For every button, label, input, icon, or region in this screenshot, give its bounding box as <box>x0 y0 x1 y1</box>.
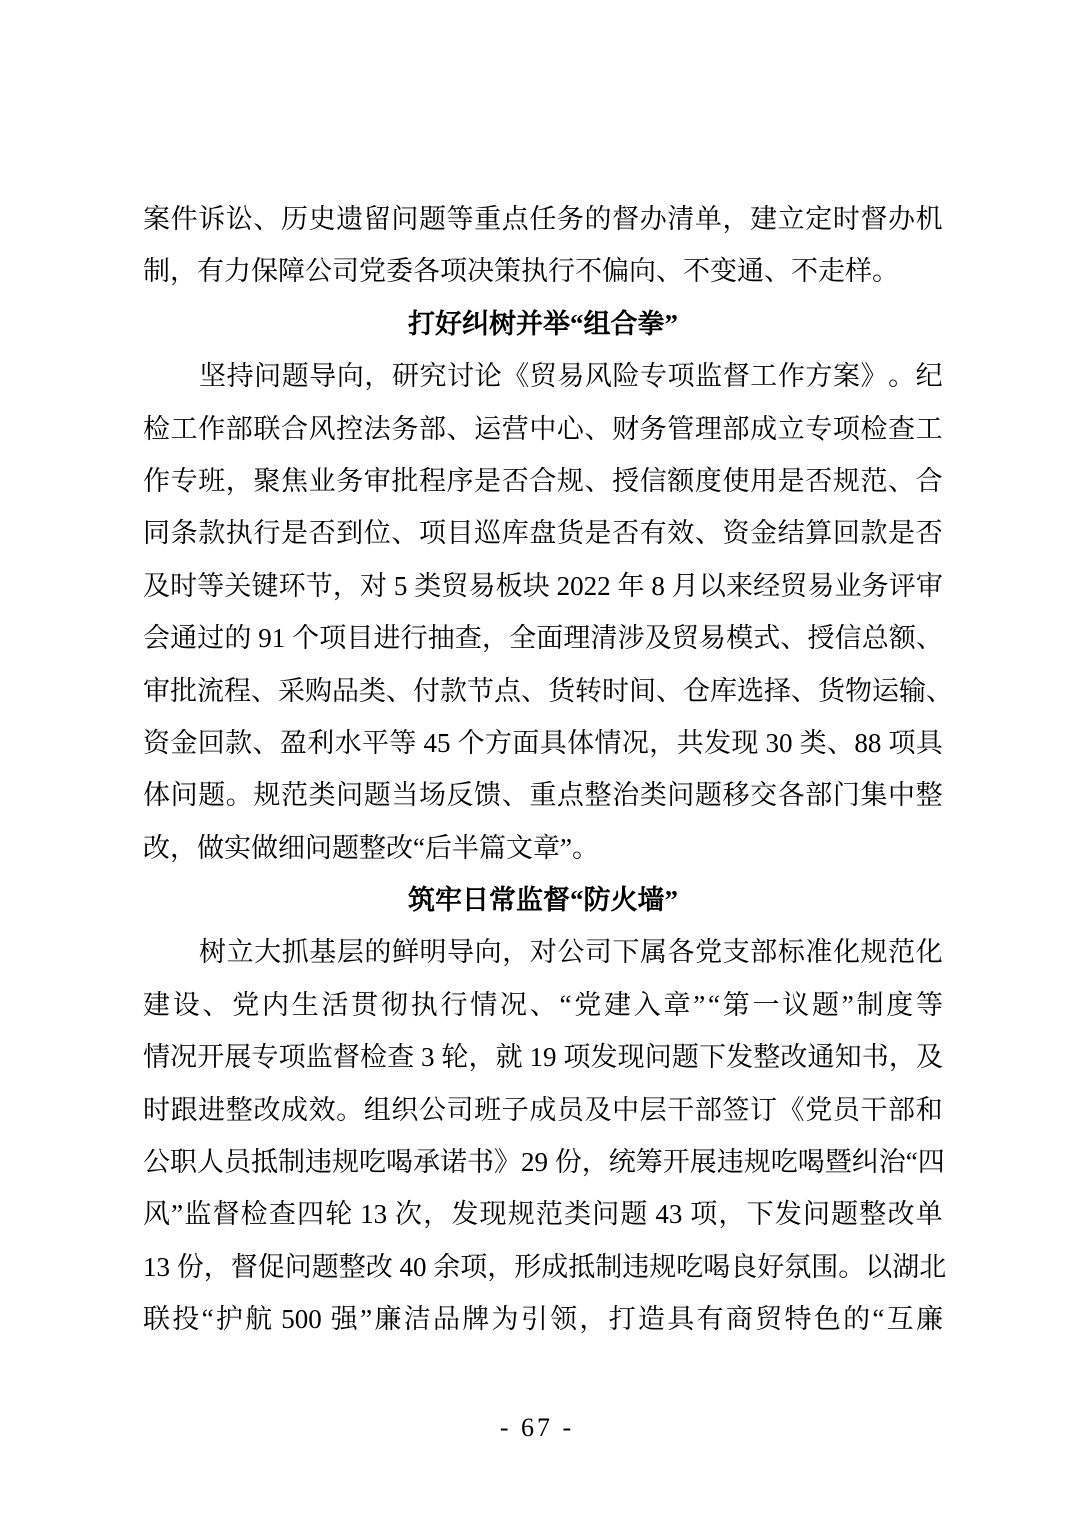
text-line: 13 份，督促问题整改 40 余项，形成抵制违规吃喝良好氛围。以湖北 <box>143 1241 943 1293</box>
section-heading: 打好纠树并举“组合拳” <box>143 298 943 350</box>
text-line: 联投“护航 500 强”廉洁品牌为引领，打造具有商贸特色的“互廉 <box>143 1293 943 1345</box>
text-line: 案件诉讼、历史遗留问题等重点任务的督办清单，建立定时督办机 <box>143 193 943 245</box>
text-line: 检工作部联合风控法务部、运营中心、财务管理部成立专项检查工 <box>143 403 943 455</box>
text-line: 作专班，聚焦业务审批程序是否合规、授信额度使用是否规范、合 <box>143 455 943 507</box>
page-number: - 67 - <box>0 1412 1074 1444</box>
document-page: 案件诉讼、历史遗留问题等重点任务的督办清单，建立定时督办机 制，有力保障公司党委… <box>0 0 1074 1520</box>
text-line: 体问题。规范类问题当场反馈、重点整治类问题移交各部门集中整 <box>143 769 943 821</box>
text-line: 坚持问题导向，研究讨论《贸易风险专项监督工作方案》。纪 <box>143 350 943 402</box>
text-line: 同条款执行是否到位、项目巡库盘货是否有效、资金结算回款是否 <box>143 507 943 559</box>
text-line: 风”监督检查四轮 13 次，发现规范类问题 43 项，下发问题整改单 <box>143 1188 943 1240</box>
text-line: 改，做实做细问题整改“后半篇文章”。 <box>143 822 943 874</box>
text-line: 情况开展专项监督检查 3 轮，就 19 项发现问题下发整改通知书，及 <box>143 1031 943 1083</box>
text-line: 树立大抓基层的鲜明导向，对公司下属各党支部标准化规范化 <box>143 926 943 978</box>
text-line: 会通过的 91 个项目进行抽查，全面理清涉及贸易模式、授信总额、 <box>143 612 943 664</box>
page-body: 案件诉讼、历史遗留问题等重点任务的督办清单，建立定时督办机 制，有力保障公司党委… <box>143 193 943 1346</box>
section-heading: 筑牢日常监督“防火墙” <box>143 874 943 926</box>
text-line: 时跟进整改成效。组织公司班子成员及中层干部签订《党员干部和 <box>143 1084 943 1136</box>
text-line: 资金回款、盈利水平等 45 个方面具体情况，共发现 30 类、88 项具 <box>143 717 943 769</box>
text-line: 审批流程、采购品类、付款节点、货转时间、仓库选择、货物运输、 <box>143 665 943 717</box>
text-line: 制，有力保障公司党委各项决策执行不偏向、不变通、不走样。 <box>143 245 943 297</box>
text-line: 公职人员抵制违规吃喝承诺书》29 份，统筹开展违规吃喝暨纠治“四 <box>143 1136 943 1188</box>
text-line: 及时等关键环节，对 5 类贸易板块 2022 年 8 月以来经贸易业务评审 <box>143 560 943 612</box>
text-line: 建设、党内生活贯彻执行情况、“党建入章”“第一议题”制度等 <box>143 979 943 1031</box>
